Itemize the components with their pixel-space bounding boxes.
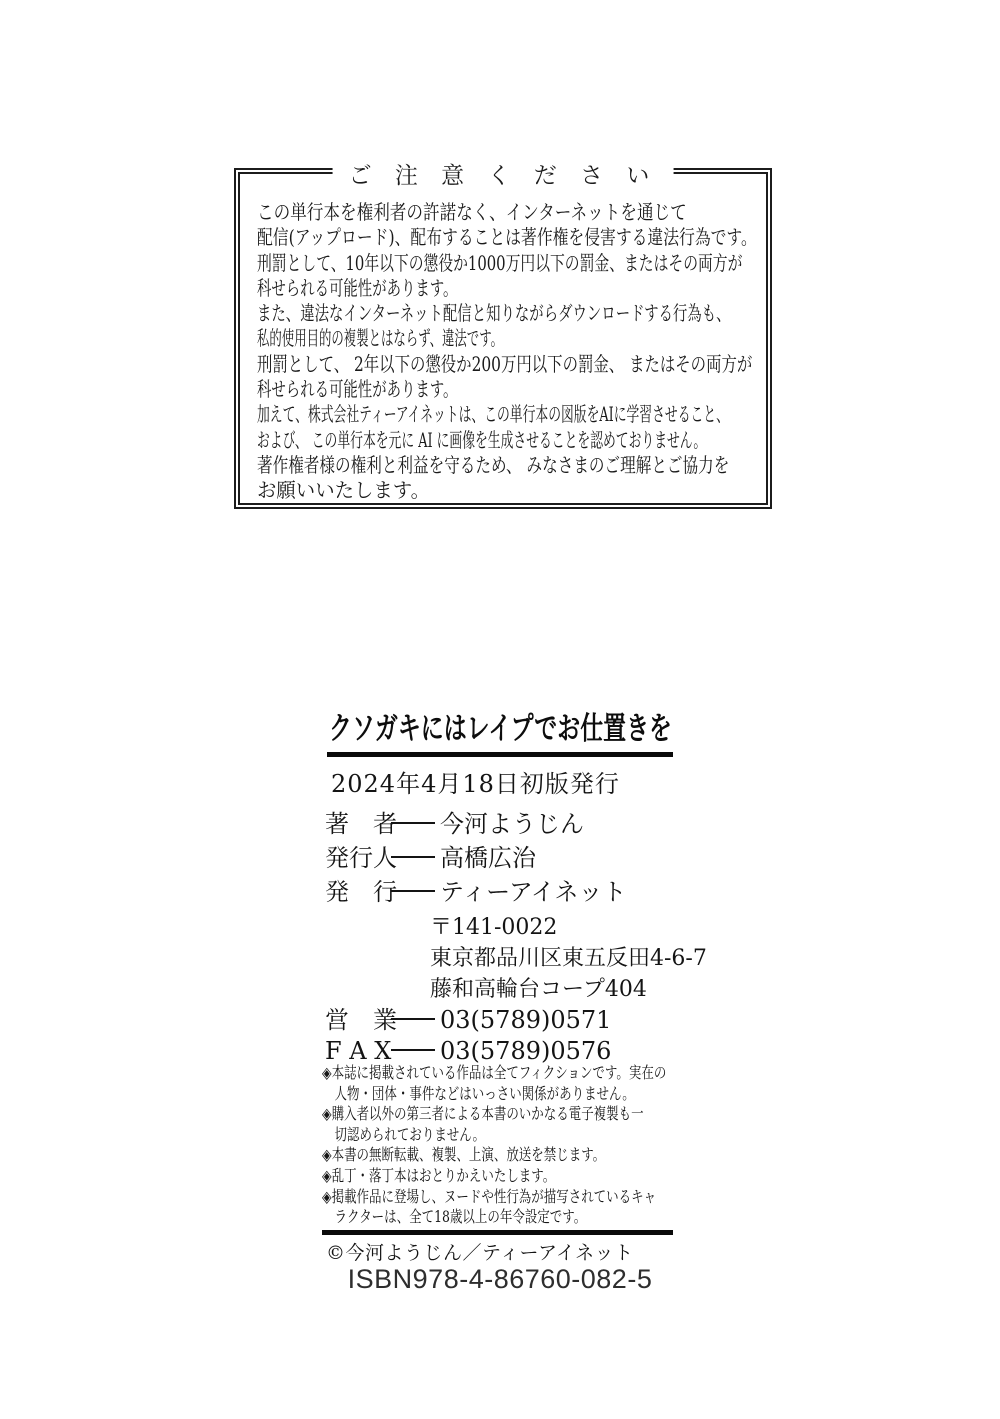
dash-rule: [391, 1049, 435, 1051]
note-line: ◈本書の無断転載、複製、上演、放送を禁じます。: [322, 1145, 666, 1166]
notice-line: 刑罰として、10年以下の懲役か1000万円以下の罰金、またはその両方が: [257, 251, 623, 276]
notice-body: この単行本を権利者の許諾なく、インターネットを通じて 配信(アップロード)、配布…: [240, 174, 766, 504]
credit-value: ティーアイネット: [440, 878, 626, 906]
credit-label: 発行人: [325, 841, 391, 875]
credit-row-publisher-person: 発行人高橋広治: [325, 841, 626, 875]
credits-block: 著 者今河ようじん 発行人高橋広治 発 行ティーアイネット: [325, 807, 626, 909]
contact-value: 03(5789)0576: [440, 1037, 611, 1065]
notice-line: また、違法なインターネット配信と知りながらダウンロードする行為も、: [257, 301, 613, 326]
credit-label: 著 者: [325, 807, 391, 841]
dash-rule: [391, 890, 435, 892]
notice-line: 配信(アップロード)、配布することは著作権を侵害する違法行為です。: [257, 225, 648, 250]
note-line: ◈掲載作品に登場し、ヌードや性行為が描写されているキャ: [322, 1187, 666, 1208]
book-title: クソガキにはレイプでお仕置きを: [329, 703, 672, 748]
notice-heading: ご 注 意 く だ さ い: [333, 162, 674, 190]
contact-row-sales: 営 業03(5789)0571: [325, 1005, 611, 1036]
notice-line: および、 この単行本を元に AI に画像を生成させることを認めておりません。: [257, 428, 574, 453]
notice-line: 刑罰として、 2年以下の懲役か200万円以下の罰金、 またはその両方が: [257, 352, 638, 377]
note-line: ラクターは、全て18歳以上の年令設定です。: [322, 1207, 666, 1228]
dash-rule: [391, 822, 435, 824]
notice-line: 科せられる可能性があります。: [257, 377, 613, 402]
notice-line: 科せられる可能性があります。: [257, 276, 613, 301]
notice-line: お願いいたします。: [257, 478, 737, 503]
address-line: 藤和高輪台コープ404: [430, 974, 707, 1005]
credit-value: 今河ようじん: [440, 810, 584, 838]
note-line: ◈本誌に掲載されている作品は全てフィクションです。実在の: [322, 1063, 666, 1084]
credit-value: 高橋広治: [440, 844, 536, 872]
contact-label: 営 業: [325, 1005, 391, 1036]
dash-rule: [391, 856, 435, 858]
note-line: 人物・団体・事件などはいっさい関係がありません。: [322, 1084, 666, 1105]
address-block: 〒141-0022 東京都品川区東五反田4-6-7 藤和高輪台コープ404: [430, 912, 707, 1005]
colophon-page: ご 注 意 く だ さ い この単行本を権利者の許諾なく、インターネットを通じて…: [0, 0, 1000, 1419]
credit-row-author: 著 者今河ようじん: [325, 807, 626, 841]
notice-line: 加えて、株式会社ティーアイネットは、この単行本の図版をAIに学習させること、: [257, 402, 574, 427]
notice-line: 著作権者様の権利と利益を守るため、 みなさまのご理解とご協力を: [257, 453, 643, 478]
note-line: 切認められておりません。: [322, 1125, 666, 1146]
contacts-block: 営 業03(5789)0571 F A X03(5789)0576: [325, 1005, 611, 1067]
postal-code: 〒141-0022: [430, 912, 707, 943]
address-line: 東京都品川区東五反田4-6-7: [430, 943, 707, 974]
edition-date: 2024年4月18日初版発行: [331, 764, 620, 799]
disclaimer-notes: ◈本誌に掲載されている作品は全てフィクションです。実在の 人物・団体・事件などは…: [322, 1063, 666, 1228]
copyright-notice-box: ご 注 意 く だ さ い この単行本を権利者の許諾なく、インターネットを通じて…: [234, 168, 772, 509]
copyright-rule: [322, 1230, 673, 1235]
notice-line: 私的使用目的の複製とはならず、違法です。: [257, 326, 564, 351]
title-rule: [327, 752, 673, 757]
note-line: ◈乱丁・落丁本はおとりかえいたします。: [322, 1166, 666, 1187]
notice-line: この単行本を権利者の許諾なく、インターネットを通じて: [257, 200, 668, 225]
dash-rule: [391, 1018, 435, 1020]
contact-value: 03(5789)0571: [440, 1006, 611, 1034]
isbn: ISBN978-4-86760-082-5: [0, 1264, 1000, 1295]
credit-row-publisher: 発 行ティーアイネット: [325, 875, 626, 909]
note-line: ◈購入者以外の第三者による本書のいかなる電子複製も一: [322, 1104, 666, 1125]
credit-label: 発 行: [325, 875, 391, 909]
copyright-line: ©今河ようじん／ティーアイネット: [326, 1238, 634, 1265]
